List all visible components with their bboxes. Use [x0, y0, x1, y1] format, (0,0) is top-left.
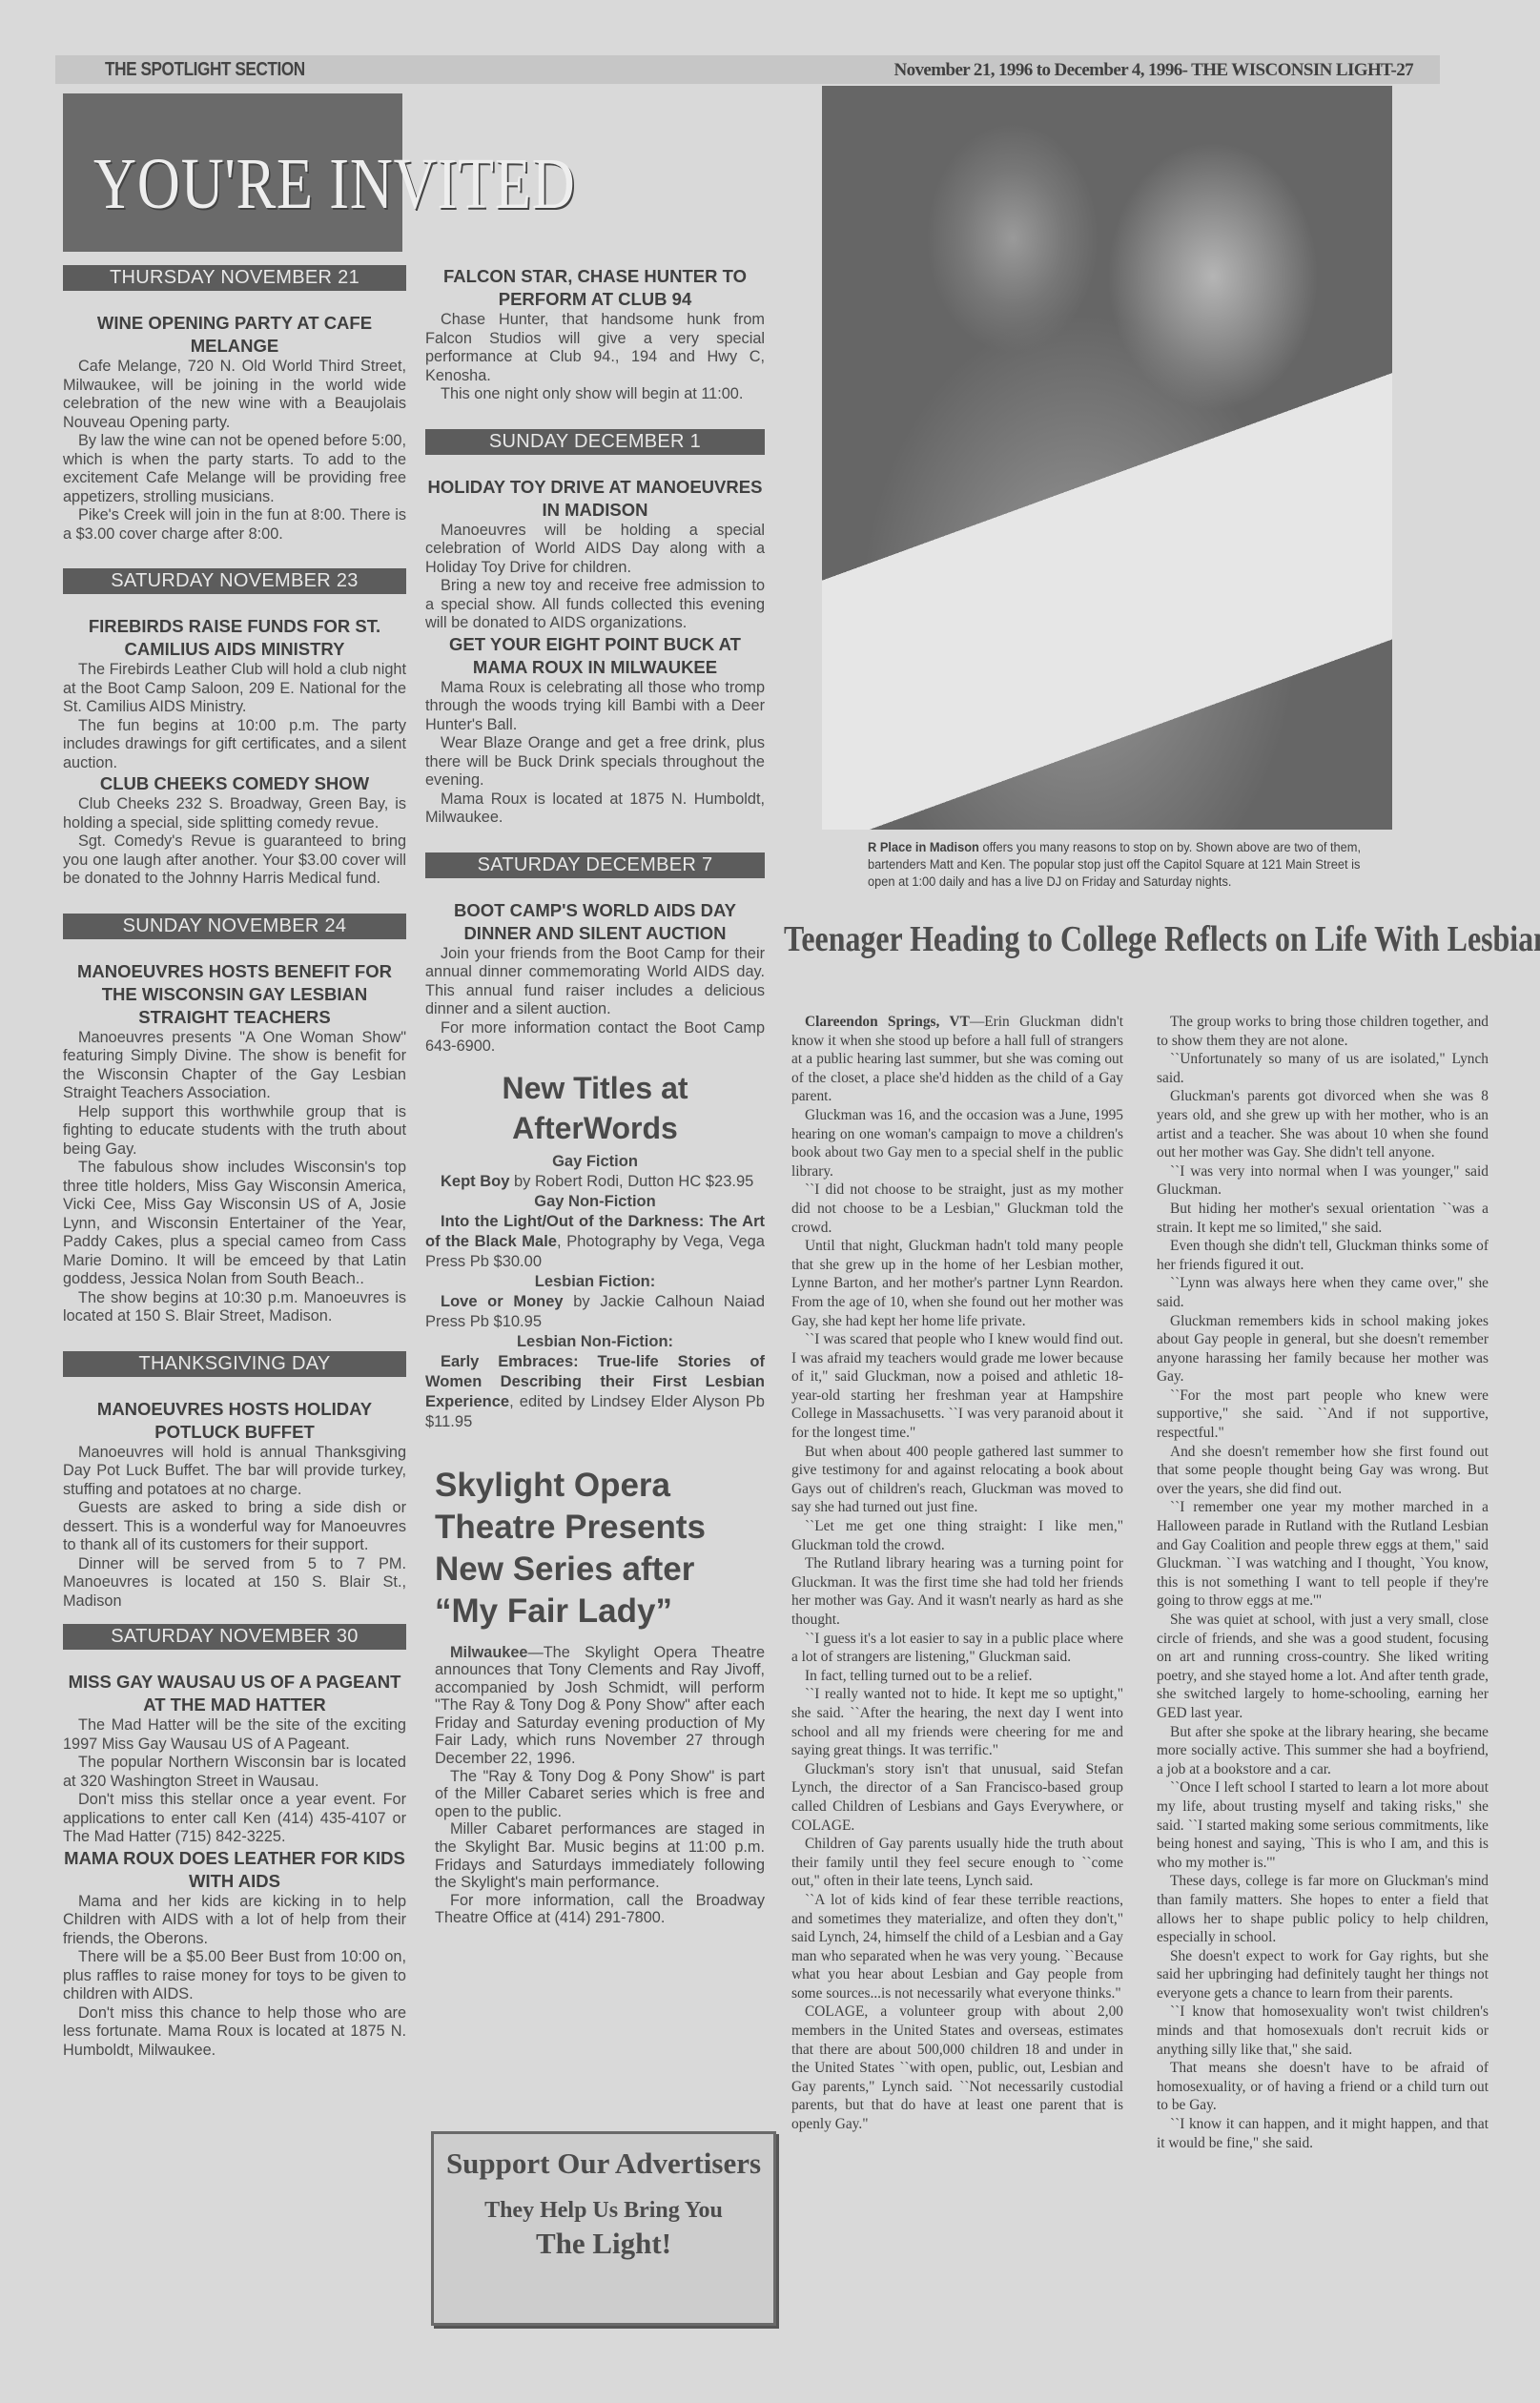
event: MAMA ROUX DOES LEATHER FOR KIDS WITH AID…	[63, 1847, 406, 2061]
event-paragraph: Help support this worthwhile group that …	[63, 1103, 406, 1160]
article-paragraph: ``I remember one year my mother marched …	[1157, 1498, 1489, 1611]
event: GET YOUR EIGHT POINT BUCK AT MAMA ROUX I…	[425, 633, 765, 828]
books-title: New Titles at AfterWords	[425, 1068, 765, 1148]
event-title: HOLIDAY TOY DRIVE AT MANOEUVRES IN MADIS…	[425, 476, 765, 522]
article-paragraph: ``For the most part people who knew were…	[1157, 1386, 1489, 1443]
event-title: FIREBIRDS RAISE FUNDS FOR ST. CAMILIUS A…	[63, 615, 406, 661]
article-dateline: Clareendon Springs, VT	[805, 1014, 970, 1030]
event: FIREBIRDS RAISE FUNDS FOR ST. CAMILIUS A…	[63, 615, 406, 772]
event: HOLIDAY TOY DRIVE AT MANOEUVRES IN MADIS…	[425, 476, 765, 633]
caption-lead: R Place in Madison	[868, 840, 979, 854]
new-titles-box: New Titles at AfterWords Gay Fiction Kep…	[425, 1068, 765, 1432]
day-header: SATURDAY NOVEMBER 30	[63, 1624, 406, 1650]
photo-caption: R Place in Madison offers you many reaso…	[868, 839, 1367, 891]
event-paragraph: The Firebirds Leather Club will hold a c…	[63, 661, 406, 717]
event-paragraph: By law the wine can not be opened before…	[63, 432, 406, 506]
book-entry: Love or Money by Jackie Calhoun Naiad Pr…	[425, 1292, 765, 1332]
event-paragraph: Don't miss this stellar once a year even…	[63, 1791, 406, 1847]
day-header: SUNDAY DECEMBER 1	[425, 429, 765, 455]
skylight-article: Skylight Opera Theatre Presents New Seri…	[425, 1465, 765, 1928]
article-paragraph: But after she spoke at the library heari…	[1157, 1723, 1489, 1779]
article-paragraph: ``Lynn was always here when they came ov…	[1157, 1274, 1489, 1311]
article-paragraph: In fact, telling turned out to be a reli…	[791, 1667, 1123, 1686]
article-paragraph: ``Let me get one thing straight: I like …	[791, 1517, 1123, 1554]
events-column-middle: FALCON STAR, CHASE HUNTER TO PERFORM AT …	[425, 265, 765, 1927]
ad-subline: They Help Us Bring You	[434, 2195, 773, 2226]
article-paragraph: Gluckman was 16, and the occasion was a …	[791, 1106, 1123, 1181]
event: WINE OPENING PARTY AT CAFE MELANGE Cafe …	[63, 312, 406, 544]
article-column-2: The group works to bring those children …	[1157, 1013, 1489, 2152]
section-name: THE SPOTLIGHT SECTION	[105, 59, 305, 81]
article-paragraph: ``I guess it's a lot easier to say in a …	[791, 1630, 1123, 1667]
event-paragraph: Pike's Creek will join in the fun at 8:0…	[63, 506, 406, 544]
article-paragraph: ``I did not choose to be straight, just …	[791, 1181, 1123, 1237]
event-paragraph: Chase Hunter, that handsome hunk from Fa…	[425, 311, 765, 385]
event-paragraph: Mama and her kids are kicking in to help…	[63, 1893, 406, 1949]
event: BOOT CAMP'S WORLD AIDS DAY DINNER AND SI…	[425, 899, 765, 1057]
event-paragraph: Manoeuvres will be holding a special cel…	[425, 522, 765, 578]
event-paragraph: The fun begins at 10:00 p.m. The party i…	[63, 717, 406, 773]
article-paragraph: ``I know it can happen, and it might hap…	[1157, 2115, 1489, 2152]
article-paragraph: The group works to bring those children …	[1157, 1013, 1489, 1050]
event-title: MANOEUVRES HOSTS BENEFIT FOR THE WISCONS…	[63, 960, 406, 1029]
article-paragraph: ``I was very into normal when I was youn…	[1157, 1162, 1489, 1200]
article-paragraph: The Rutland library hearing was a turnin…	[791, 1554, 1123, 1629]
article-paragraph: ``I was scared that people who I knew wo…	[791, 1330, 1123, 1443]
event-paragraph: Cafe Melange, 720 N. Old World Third Str…	[63, 358, 406, 432]
article-paragraph: ``Unfortunately so many of us are isolat…	[1157, 1050, 1489, 1087]
skylight-paragraph: The "Ray & Tony Dog & Pony Show" is part…	[425, 1768, 765, 1821]
event-paragraph: For more information contact the Boot Ca…	[425, 1019, 765, 1057]
youre-invited-banner: YOU'RE INVITED	[63, 93, 402, 252]
event-title: FALCON STAR, CHASE HUNTER TO PERFORM AT …	[425, 265, 765, 311]
event-title: GET YOUR EIGHT POINT BUCK AT MAMA ROUX I…	[425, 633, 765, 679]
article-paragraph: ``Once I left school I started to learn …	[1157, 1778, 1489, 1872]
book-category: Gay Fiction	[425, 1152, 765, 1172]
event-paragraph: This one night only show will begin at 1…	[425, 385, 765, 404]
day-header: THURSDAY NOVEMBER 21	[63, 265, 406, 291]
article-paragraph: But hiding her mother's sexual orientati…	[1157, 1200, 1489, 1237]
event: MISS GAY WAUSAU US OF A PAGEANT AT THE M…	[63, 1671, 406, 1847]
day-header: THANKSGIVING DAY	[63, 1351, 406, 1377]
article-paragraph: COLAGE, a volunteer group with about 2,0…	[791, 2002, 1123, 2133]
bartenders-photo	[822, 86, 1392, 830]
book-entry: Into the Light/Out of the Darkness: The …	[425, 1212, 765, 1272]
article-paragraph: She was quiet at school, with just a ver…	[1157, 1611, 1489, 1723]
banner-title: YOU'RE INVITED	[93, 143, 372, 226]
article-paragraph: And she doesn't remember how she first f…	[1157, 1443, 1489, 1499]
event-paragraph: Don't miss this chance to help those who…	[63, 2004, 406, 2061]
event-title: WINE OPENING PARTY AT CAFE MELANGE	[63, 312, 406, 358]
event-paragraph: There will be a $5.00 Beer Bust from 10:…	[63, 1948, 406, 2004]
page-header: THE SPOTLIGHT SECTION November 21, 1996 …	[55, 55, 1440, 84]
day-header: SUNDAY NOVEMBER 24	[63, 914, 406, 939]
skylight-lead: —The Skylight Opera Theatre announces th…	[435, 1644, 765, 1768]
article-paragraph: Until that night, Gluckman hadn't told m…	[791, 1237, 1123, 1330]
article-paragraph: ``I really wanted not to hide. It kept m…	[791, 1685, 1123, 1759]
events-column-left: THURSDAY NOVEMBER 21 WINE OPENING PARTY …	[63, 265, 406, 2060]
book-category: Lesbian Fiction:	[425, 1272, 765, 1292]
event-paragraph: Join your friends from the Boot Camp for…	[425, 945, 765, 1019]
event-paragraph: Manoeuvres will hold is annual Thanksgiv…	[63, 1444, 406, 1500]
event-paragraph: Manoeuvres presents "A One Woman Show" f…	[63, 1029, 406, 1103]
article-paragraph: But when about 400 people gathered last …	[791, 1443, 1123, 1517]
article-paragraph: Children of Gay parents usually hide the…	[791, 1835, 1123, 1891]
support-advertisers-ad: Support Our Advertisers They Help Us Bri…	[431, 2131, 776, 2326]
event-paragraph: Sgt. Comedy's Revue is guaranteed to bri…	[63, 832, 406, 889]
event: MANOEUVRES HOSTS HOLIDAY POTLUCK BUFFET …	[63, 1398, 406, 1612]
event-title: MISS GAY WAUSAU US OF A PAGEANT AT THE M…	[63, 1671, 406, 1716]
ad-headline: Support Our Advertisers	[434, 2144, 773, 2184]
event-paragraph: Club Cheeks 232 S. Broadway, Green Bay, …	[63, 795, 406, 832]
book-entry: Early Embraces: True-life Stories of Wom…	[425, 1352, 765, 1432]
event-paragraph: The fabulous show includes Wisconsin's t…	[63, 1159, 406, 1289]
issue-date-line: November 21, 1996 to December 4, 1996- T…	[894, 60, 1414, 81]
ad-tagline: The Light!	[434, 2226, 773, 2262]
event-paragraph: Dinner will be served from 5 to 7 PM. Ma…	[63, 1555, 406, 1612]
event-paragraph: Bring a new toy and receive free admissi…	[425, 577, 765, 633]
article-paragraph: Gluckman's story isn't that unusual, sai…	[791, 1760, 1123, 1835]
article-paragraph: ``I know that homosexuality won't twist …	[1157, 2002, 1489, 2059]
event-paragraph: Guests are asked to bring a side dish or…	[63, 1499, 406, 1555]
event: MANOEUVRES HOSTS BENEFIT FOR THE WISCONS…	[63, 960, 406, 1326]
skylight-dateline: Milwaukee	[450, 1644, 527, 1661]
article-paragraph: That means she doesn't have to be afraid…	[1157, 2059, 1489, 2115]
book-entry: Kept Boy by Robert Rodi, Dutton HC $23.9…	[425, 1172, 765, 1192]
event-paragraph: The Mad Hatter will be the site of the e…	[63, 1716, 406, 1754]
article-headline: Teenager Heading to College Reflects on …	[784, 917, 1392, 961]
event-title: MANOEUVRES HOSTS HOLIDAY POTLUCK BUFFET	[63, 1398, 406, 1444]
article-paragraph: These days, college is far more on Gluck…	[1157, 1872, 1489, 1946]
article-paragraph: Gluckman remembers kids in school making…	[1157, 1312, 1489, 1386]
article-paragraph: Even though she didn't tell, Gluckman th…	[1157, 1237, 1489, 1274]
book-category: Gay Non-Fiction	[425, 1192, 765, 1212]
day-header: SATURDAY DECEMBER 7	[425, 852, 765, 878]
skylight-paragraph: Milwaukee—The Skylight Opera Theatre ann…	[425, 1644, 765, 1768]
article-paragraph: Gluckman's parents got divorced when she…	[1157, 1087, 1489, 1161]
event-paragraph: Mama Roux is located at 1875 N. Humboldt…	[425, 791, 765, 828]
event-title: CLUB CHEEKS COMEDY SHOW	[63, 772, 406, 795]
skylight-paragraph: Miller Cabaret performances are staged i…	[425, 1820, 765, 1891]
article-column-1: Clareendon Springs, VT—Erin Gluckman did…	[791, 1013, 1123, 2134]
event: CLUB CHEEKS COMEDY SHOW Club Cheeks 232 …	[63, 772, 406, 889]
skylight-paragraph: For more information, call the Broadway …	[425, 1892, 765, 1927]
event-title: BOOT CAMP'S WORLD AIDS DAY DINNER AND SI…	[425, 899, 765, 945]
event-paragraph: The show begins at 10:30 p.m. Manoeuvres…	[63, 1289, 406, 1326]
article-paragraph: ``A lot of kids kind of fear these terri…	[791, 1891, 1123, 2003]
article-paragraph: Clareendon Springs, VT—Erin Gluckman did…	[791, 1013, 1123, 1106]
book-details: by Robert Rodi, Dutton HC $23.95	[509, 1173, 753, 1190]
event-paragraph: The popular Northern Wisconsin bar is lo…	[63, 1754, 406, 1791]
book-title: Love or Money	[441, 1293, 564, 1310]
article-paragraph: She doesn't expect to work for Gay right…	[1157, 1947, 1489, 2003]
book-title: Kept Boy	[441, 1173, 509, 1190]
event: FALCON STAR, CHASE HUNTER TO PERFORM AT …	[425, 265, 765, 404]
skylight-headline: Skylight Opera Theatre Presents New Seri…	[435, 1465, 765, 1633]
event-paragraph: Wear Blaze Orange and get a free drink, …	[425, 734, 765, 791]
event-title: MAMA ROUX DOES LEATHER FOR KIDS WITH AID…	[63, 1847, 406, 1893]
book-category: Lesbian Non-Fiction:	[425, 1332, 765, 1352]
event-paragraph: Mama Roux is celebrating all those who t…	[425, 679, 765, 735]
day-header: SATURDAY NOVEMBER 23	[63, 568, 406, 594]
